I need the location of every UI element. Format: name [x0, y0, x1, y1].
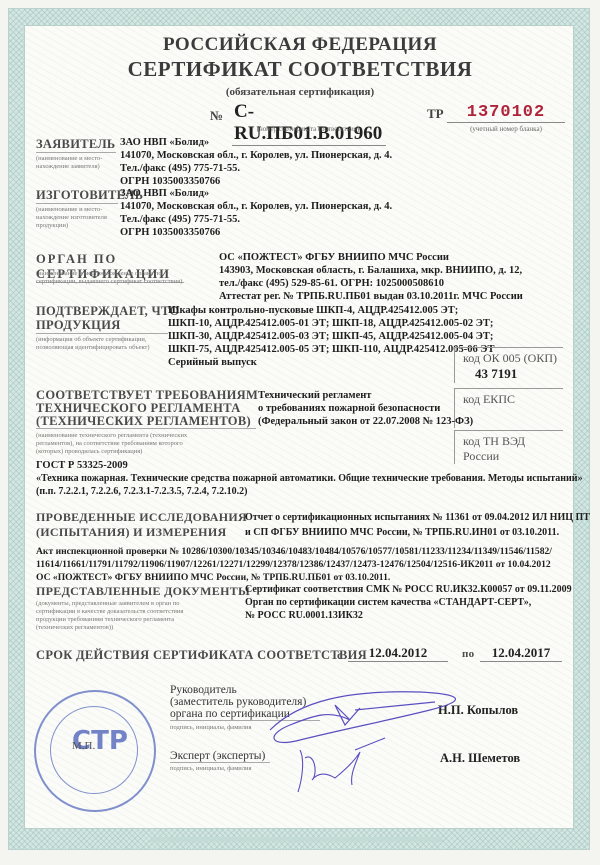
product-line-3: ШКП-30, АЦДР.425412.005-03 ЭТ; ШКП-45, А…: [168, 330, 495, 343]
official-stamp: СТР М.П.: [34, 690, 156, 812]
tests-report: Отчет о сертификационных испытаниях № 11…: [245, 510, 590, 525]
documents-details: Сертификат соответствия СМК № РОСС RU.ИК…: [245, 583, 572, 622]
signature-marks: [260, 680, 470, 800]
validity-to-date: 12.04.2017: [480, 645, 562, 662]
tp-label: ТР: [427, 106, 444, 122]
validity-label: СРОК ДЕЙСТВИЯ СЕРТИФИКАТА СООТВЕТСТВИЯ: [36, 648, 367, 663]
regulation-line-1: Технический регламент: [258, 389, 473, 402]
cert-body-details: ОС «ПОЖТЕСТ» ФГБУ ВНИИПО МЧС России 1439…: [219, 251, 523, 303]
manufacturer-details: ЗАО НВП «Болид» 141070, Московская обл.,…: [120, 187, 392, 239]
tests-label-line1: ПРОВЕДЕННЫЕ ИССЛЕДОВАНИЯ: [36, 510, 247, 525]
okp-code-label: код ОК 005 (ОКП): [463, 351, 563, 366]
footer-microtext-strip: [150, 837, 442, 842]
head-signature-icon: [270, 692, 455, 743]
okp-code-value: 43 7191: [463, 366, 563, 382]
expert-signature-label: Эксперт (эксперты): [170, 750, 270, 763]
product-series: Серийный выпуск: [168, 356, 495, 369]
gost-details: ГОСТ Р 53325-2009 «Техника пожарная. Тех…: [36, 459, 583, 498]
applicant-label: ЗАЯВИТЕЛЬ: [36, 137, 116, 153]
validity-from-label: с: [337, 648, 343, 663]
applicant-details: ЗАО НВП «Болид» 141070, Московская обл.,…: [120, 136, 392, 188]
manufacturer-name: ЗАО НВП «Болид»: [120, 187, 392, 200]
product-line-1: Шкафы контрольно-пусковые ШКП-4, АЦДР.42…: [168, 304, 495, 317]
cert-body-caption: (наименование и местонахождение органа п…: [36, 270, 186, 286]
gost-number: ГОСТ Р 53325-2009: [36, 459, 583, 472]
blank-number: 1370102: [447, 103, 565, 123]
certificate-title: СЕРТИФИКАТ СООТВЕТСТВИЯ: [0, 57, 600, 82]
ekps-code-label: код ЕКПС: [463, 392, 563, 407]
documents-line-3: № РОСС RU.0001.13ИК32: [245, 609, 572, 622]
manufacturer-label: ИЗГОТОВИТЕЛЬ: [36, 188, 118, 204]
regulation-line-3: (Федеральный закон от 22.07.2008 № 123-Ф…: [258, 415, 473, 428]
documents-label: ПРЕДСТАВЛЕННЫЕ ДОКУМЕНТЫ: [36, 584, 250, 599]
product-label-line2: ПРОДУКЦИЯ: [36, 318, 168, 334]
regulation-details: Технический регламент о требованиях пожа…: [258, 389, 473, 428]
product-label-line1: ПОДТВЕРЖДАЕТ, ЧТО: [36, 304, 179, 319]
inspection-act: Акт инспекционной проверки № 10286/10300…: [36, 545, 552, 584]
documents-caption: (документы, представленные заявителем в …: [36, 600, 201, 632]
expert-signature-caption: подпись, инициалы, фамилия: [170, 765, 252, 773]
applicant-phone: Тел./факс (495) 775-71-55.: [120, 162, 392, 175]
cert-body-phone: тел./факс (495) 529-85-61. ОГРН: 1025000…: [219, 277, 523, 290]
manufacturer-ogrn: ОГРН 1035003350766: [120, 226, 392, 239]
product-details: Шкафы контрольно-пусковые ШКП-4, АЦДР.42…: [168, 304, 495, 369]
expert-signature-icon: [298, 738, 385, 792]
regulation-line-2: о требованиях пожарной безопасности: [258, 402, 473, 415]
regulation-label: СООТВЕТСТВУЕТ ТРЕБОВАНИЯМ ТЕХНИЧЕСКОГО Р…: [36, 389, 258, 429]
validity-to-label: по: [462, 648, 474, 660]
product-line-2: ШКП-10, АЦДР.425412.005-01 ЭТ; ШКП-18, А…: [168, 317, 495, 330]
cert-body-accreditation: Аттестат рег. № ТРПБ.RU.ПБ01 выдан 03.10…: [219, 290, 523, 303]
manufacturer-address: 141070, Московская обл., г. Королев, ул.…: [120, 200, 392, 213]
gost-points: (п.п. 7.2.2.1, 7.2.2.6, 7.2.3.1-7.2.3.5,…: [36, 485, 583, 498]
head-signature-caption: подпись, инициалы, фамилия: [170, 724, 252, 732]
inspection-line-1: Акт инспекционной проверки № 10286/10300…: [36, 545, 552, 558]
stamp-mark: М.П.: [72, 740, 95, 752]
cert-body-address: 143903, Московская область, г. Балашиха,…: [219, 264, 523, 277]
applicant-address: 141070, Московская обл., г. Королев, ул.…: [120, 149, 392, 162]
blank-number-caption: (учетный номер бланка): [447, 125, 565, 133]
tests-lab: и СП ФГБУ ВНИИПО МЧС России, № ТРПБ.RU.И…: [245, 525, 590, 540]
product-caption: (информация об объекте сертификации, поз…: [36, 336, 166, 352]
tests-label-line2: (ИСПЫТАНИЯ) И ИЗМЕРЕНИЯ: [36, 525, 247, 540]
regulation-caption: (наименование технического регламента (т…: [36, 432, 196, 456]
documents-line-1: Сертификат соответствия СМК № РОСС RU.ИК…: [245, 583, 572, 596]
manufacturer-phone: Тел./факс (495) 775-71-55.: [120, 213, 392, 226]
gost-title: «Техника пожарная. Технические средства …: [36, 472, 583, 485]
okp-code-box: код ОК 005 (ОКП) 43 7191: [454, 347, 563, 383]
tests-label: ПРОВЕДЕННЫЕ ИССЛЕДОВАНИЯ (ИСПЫТАНИЯ) И И…: [36, 510, 247, 540]
applicant-caption: (наименование и место-нахождение заявите…: [36, 155, 116, 171]
applicant-name: ЗАО НВП «Болид»: [120, 136, 392, 149]
country-heading: РОССИЙСКАЯ ФЕДЕРАЦИЯ: [0, 34, 600, 56]
inspection-line-2: 11614/11661/11791/11792/11906/11907/1226…: [36, 558, 552, 571]
product-line-4: ШКП-75, АЦДР.425412.005-05 ЭТ; ШКП-110, …: [168, 343, 495, 356]
validity-from-date: 12.04.2012: [348, 645, 448, 662]
number-sign: №: [210, 108, 223, 124]
certificate-number-caption: (номер сертификата соответствия): [232, 125, 384, 133]
certificate-subtitle: (обязательная сертификация): [0, 86, 600, 98]
cert-body-name: ОС «ПОЖТЕСТ» ФГБУ ВНИИПО МЧС России: [219, 251, 523, 264]
regulation-label-line3: (ТЕХНИЧЕСКИХ РЕГЛАМЕНТОВ): [36, 415, 256, 429]
documents-line-2: Орган по сертификации систем качества «С…: [245, 596, 572, 609]
tests-details: Отчет о сертификационных испытаниях № 11…: [245, 510, 590, 540]
manufacturer-caption: (наименование и место-нахождение изготов…: [36, 206, 116, 230]
